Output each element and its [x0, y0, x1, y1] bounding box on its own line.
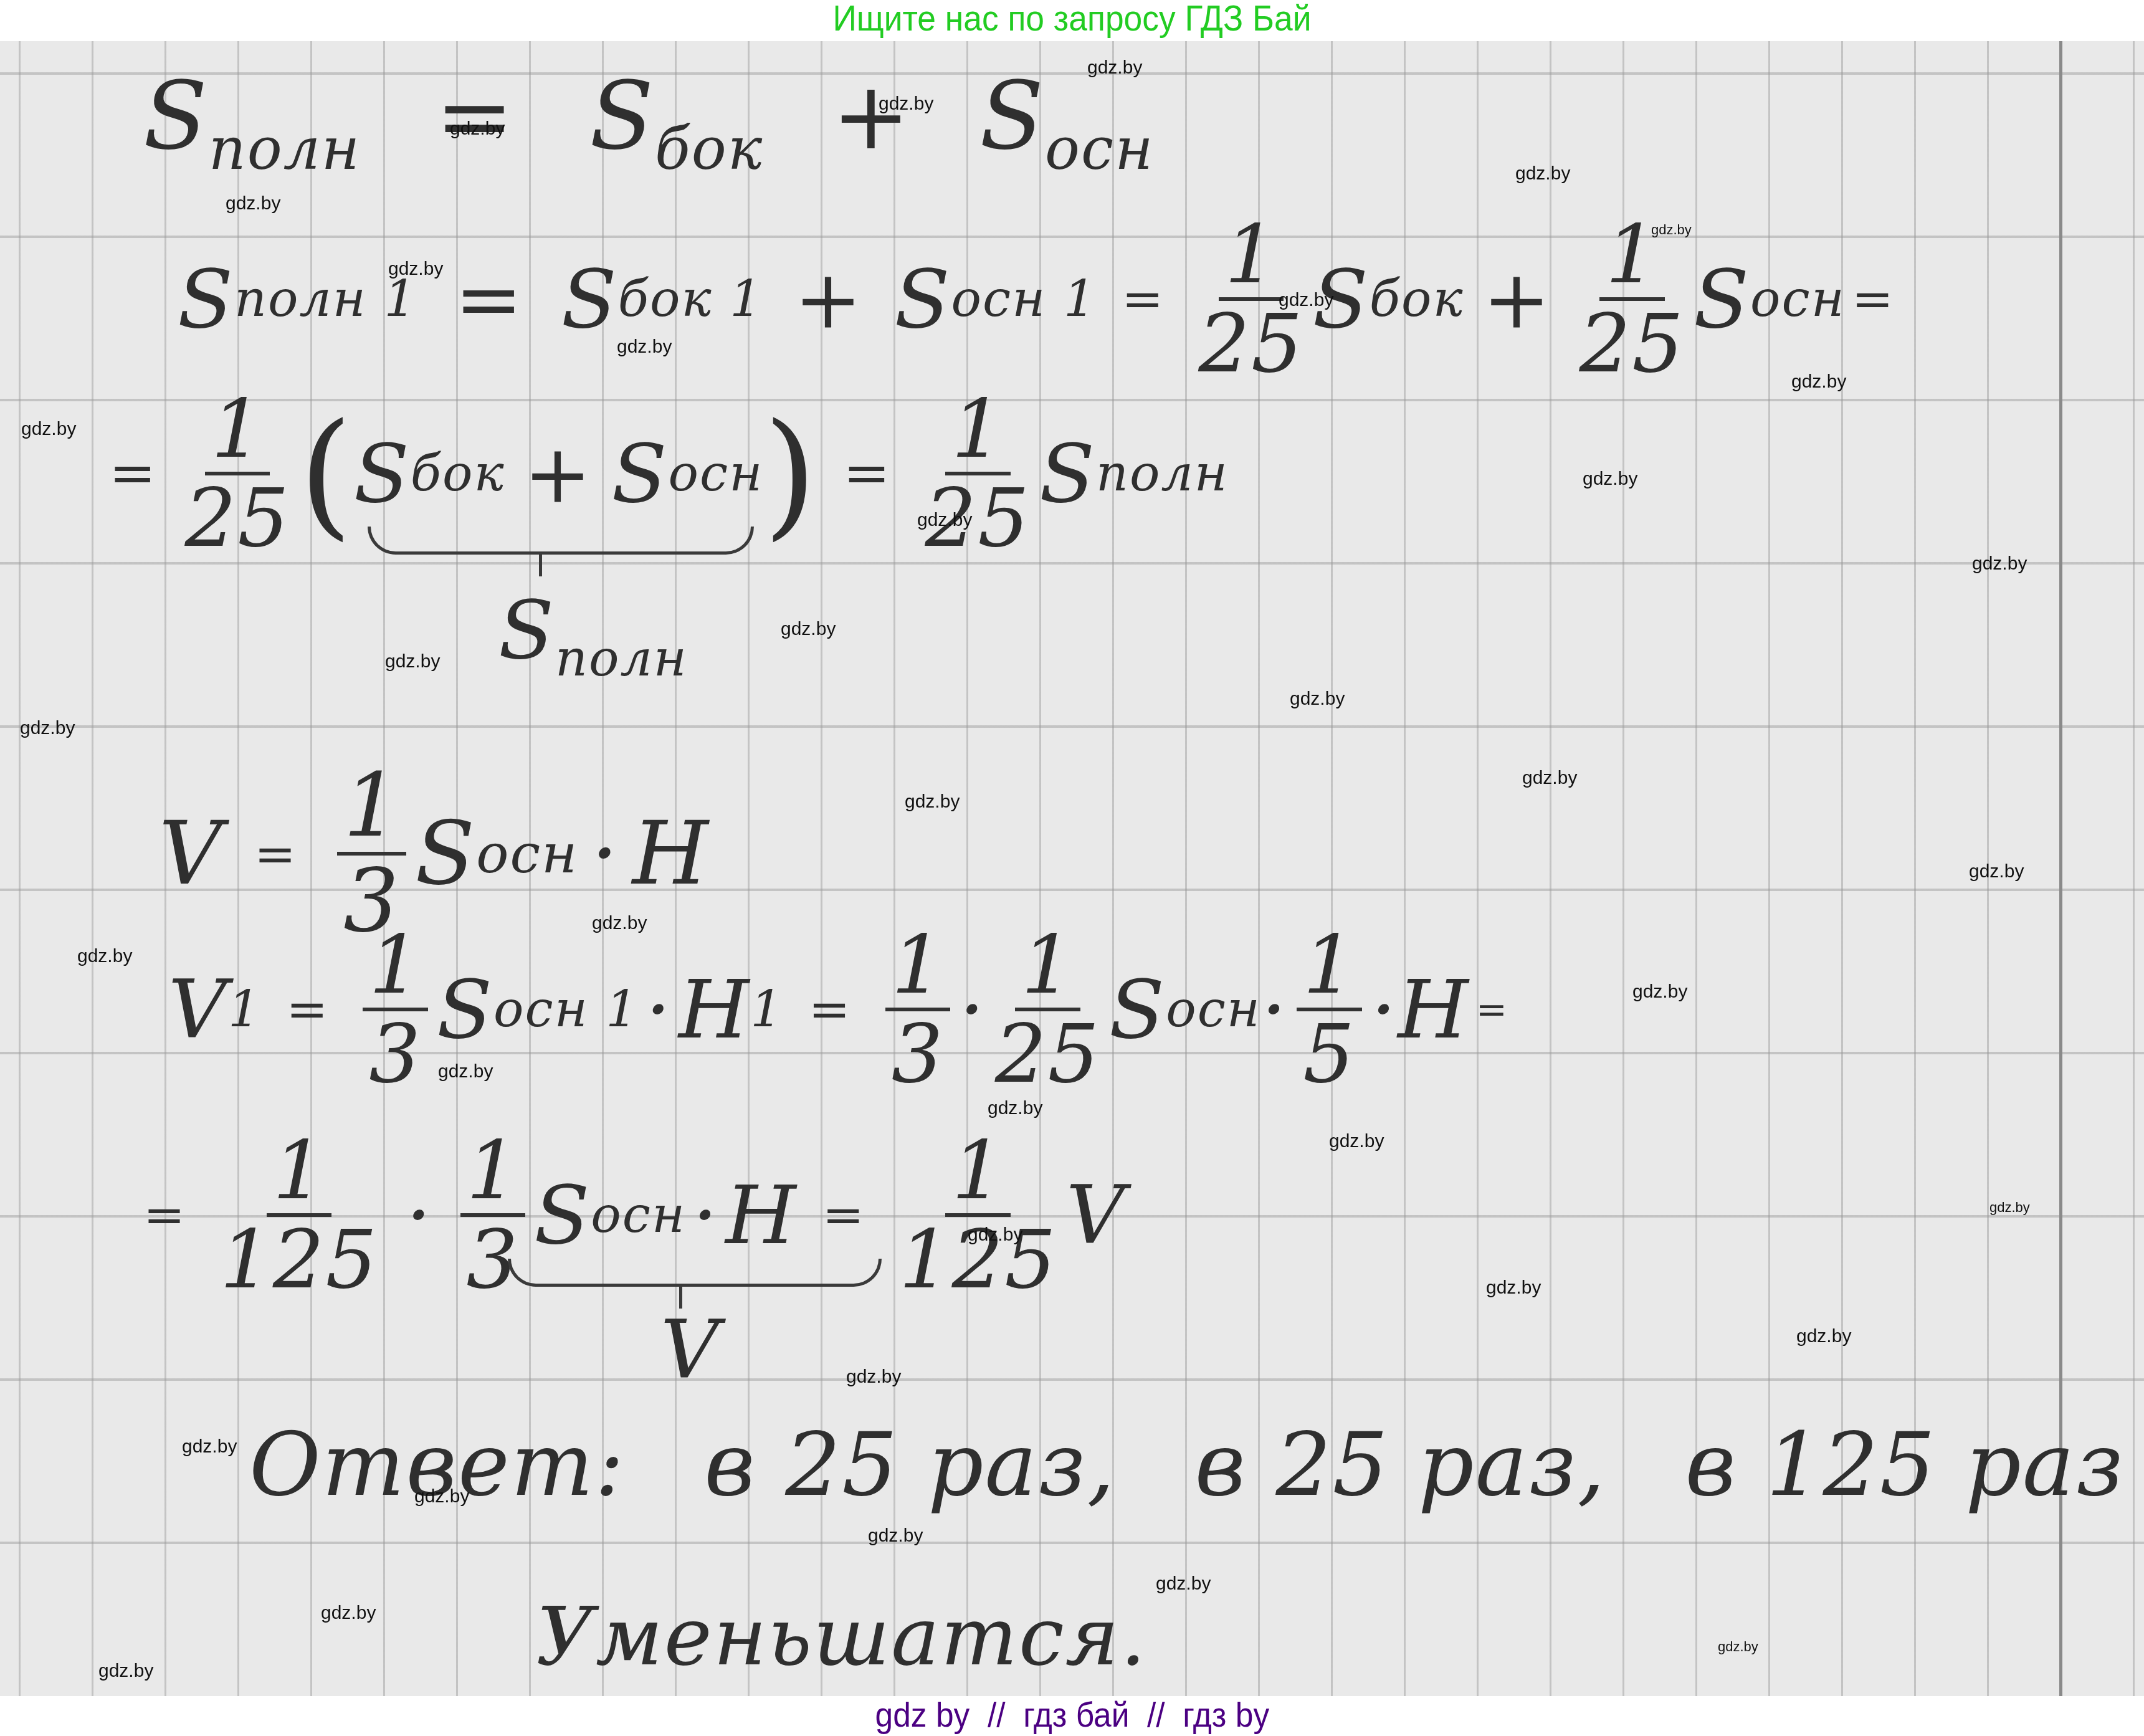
- multiply-dot: ·: [959, 962, 986, 1057]
- symbol-s: S: [415, 803, 476, 905]
- symbol-s: S: [612, 426, 669, 521]
- underbrace-label: Sполн: [498, 583, 688, 688]
- symbol-v: V: [168, 962, 228, 1057]
- formula-line-1: Sполн = Sбок + Sосн: [143, 62, 1154, 183]
- symbol-s: S: [437, 962, 493, 1057]
- subscript: осн 1: [493, 980, 639, 1039]
- fraction: 1125: [899, 1128, 1057, 1302]
- conclusion-word: Уменьшатся.: [536, 1589, 1147, 1684]
- watermark-text: gdz.by: [968, 1224, 1022, 1246]
- fraction: 125: [184, 386, 290, 560]
- numerator: 1: [1015, 922, 1080, 1011]
- watermark-text: gdz.by: [1329, 1131, 1384, 1152]
- watermark-text: gdz.by: [321, 1603, 376, 1624]
- footer-banner: gdz by // гдз бай // гдз by: [0, 1696, 2144, 1736]
- conclusion-text: Уменьшатся.: [536, 1589, 1147, 1684]
- watermark-text: gdz.by: [226, 193, 280, 214]
- numerator: 1: [267, 1128, 332, 1217]
- watermark-text: gdz.by: [781, 619, 836, 640]
- answer-part-2: в 25 раз,: [1194, 1414, 1606, 1516]
- answer-line: Ответ: в 25 раз, в 25 раз, в 125 раз: [249, 1414, 2125, 1516]
- denominator: 25: [1579, 301, 1684, 386]
- watermark-text: gdz.by: [21, 419, 76, 440]
- symbol-s: S: [1109, 962, 1166, 1057]
- numerator: 1: [945, 386, 1011, 475]
- symbol-s: S: [1039, 426, 1096, 521]
- multiply-dot: ·: [591, 803, 620, 905]
- equals-sign: =: [1476, 988, 1508, 1031]
- watermark-text: gdz.by: [917, 510, 972, 531]
- equals-sign: =: [1122, 270, 1165, 328]
- symbol-s: S: [534, 1168, 591, 1262]
- multiply-dot: ·: [1371, 962, 1398, 1057]
- multiply-dot: ·: [692, 1168, 719, 1262]
- subscript: осн: [1045, 115, 1154, 183]
- numerator: 1: [205, 386, 270, 475]
- fraction: 15: [1297, 922, 1362, 1096]
- plus-sign: +: [1483, 252, 1552, 346]
- watermark-text: gdz.by: [1087, 57, 1142, 79]
- footer-text: gdz by // гдз бай // гдз by: [875, 1696, 1269, 1734]
- watermark-text: gdz.by: [868, 1525, 923, 1547]
- watermark-text: gdz.by: [1651, 222, 1692, 238]
- subscript: бок 1: [618, 270, 763, 328]
- fraction: 125: [995, 922, 1100, 1096]
- subscript: осн 1: [951, 270, 1097, 328]
- header-text: Ищите нас по запросу ГДЗ Бай: [832, 0, 1311, 37]
- watermark-text: gdz.by: [1989, 1199, 2030, 1216]
- watermark-text: gdz.by: [846, 1366, 901, 1388]
- denominator: 3: [892, 1011, 945, 1097]
- watermark-text: gdz.by: [905, 791, 960, 813]
- symbol-s: S: [561, 252, 618, 346]
- underbrace: [508, 1259, 882, 1287]
- equals-sign: =: [1852, 270, 1895, 328]
- watermark-text: gdz.by: [182, 1436, 237, 1457]
- answer-part-1: в 25 раз,: [704, 1414, 1116, 1516]
- subscript: осн: [669, 444, 764, 503]
- watermark-text: gdz.by: [1515, 163, 1570, 184]
- symbol-h: H: [632, 803, 710, 905]
- symbol-s: S: [979, 62, 1045, 171]
- subscript: полн: [209, 115, 361, 183]
- subscript: полн: [1096, 444, 1229, 503]
- symbol-s: S: [589, 62, 655, 171]
- watermark-text: gdz.by: [617, 336, 672, 358]
- equals-sign: =: [286, 980, 329, 1038]
- numerator: 1: [1219, 212, 1284, 301]
- watermark-text: gdz.by: [1972, 553, 2027, 575]
- symbol-s: S: [894, 252, 951, 346]
- close-paren: ): [763, 394, 818, 553]
- equals-sign: =: [843, 441, 891, 506]
- symbol-s: S: [143, 62, 209, 171]
- equals-sign: =: [455, 252, 524, 346]
- header-banner: Ищите нас по запросу ГДЗ Бай: [0, 0, 2144, 41]
- watermark-text: gdz.by: [438, 1061, 493, 1082]
- watermark-text: gdz.by: [1486, 1277, 1541, 1299]
- watermark-text: gdz.by: [1522, 768, 1577, 789]
- formula-line-5: V1 = 13 Sосн 1 · H1 = 13 · 125 Sосн · 15…: [168, 922, 1508, 1096]
- equals-sign: =: [109, 441, 157, 506]
- symbol-v: V: [660, 1302, 720, 1397]
- watermark-text: gdz.by: [1796, 1326, 1851, 1347]
- watermark-text: gdz.by: [385, 651, 440, 672]
- watermark-text: gdz.by: [1791, 371, 1846, 393]
- subscript: бок: [655, 115, 763, 183]
- numerator: 1: [363, 922, 428, 1011]
- watermark-text: gdz.by: [1969, 861, 2024, 882]
- denominator: 25: [1198, 301, 1303, 386]
- denominator: 25: [995, 1011, 1100, 1097]
- fraction: 125: [925, 386, 1031, 560]
- numerator: 1: [945, 1128, 1011, 1217]
- equals-sign: =: [809, 980, 852, 1038]
- denominator: 125: [220, 1217, 378, 1302]
- watermark-text: gdz.by: [1279, 290, 1333, 311]
- watermark-text: gdz.by: [988, 1098, 1042, 1119]
- watermark-text: gdz.by: [388, 259, 443, 280]
- symbol-s: S: [178, 252, 234, 346]
- watermark-text: gdz.by: [1718, 1639, 1758, 1655]
- plus-sign: +: [794, 252, 864, 346]
- watermark-text: gdz.by: [98, 1661, 153, 1682]
- formula-line-2: Sполн 1 = Sбок 1 + Sосн 1 = 125 Sбок + 1…: [178, 212, 1895, 386]
- symbol-s: S: [1694, 252, 1750, 346]
- answer-part-3: в 125 раз: [1685, 1414, 2125, 1516]
- watermark-text: gdz.by: [1156, 1573, 1211, 1595]
- subscript: полн: [555, 629, 688, 688]
- symbol-h: H: [1398, 962, 1469, 1057]
- subscript: осн: [1166, 980, 1261, 1039]
- symbol-h: H: [679, 962, 750, 1057]
- fraction: 13: [885, 922, 951, 1096]
- equals-sign: =: [143, 1186, 186, 1244]
- denominator: 5: [1303, 1011, 1356, 1097]
- numerator: 1: [337, 760, 406, 856]
- fraction: 1125: [220, 1128, 378, 1302]
- watermark-text: gdz.by: [1583, 469, 1637, 490]
- numerator: 1: [460, 1128, 526, 1217]
- denominator: 25: [184, 475, 290, 561]
- plus-sign: +: [524, 426, 593, 521]
- multiply-dot: ·: [646, 962, 672, 1057]
- watermark-text: gdz.by: [1632, 981, 1687, 1003]
- fraction: 13: [363, 922, 428, 1096]
- plus-sign: +: [832, 62, 912, 171]
- numerator: 1: [1297, 922, 1362, 1011]
- multiply-dot: ·: [1261, 962, 1288, 1057]
- symbol-v: V: [159, 803, 223, 905]
- subscript: 1: [750, 980, 783, 1039]
- watermark-text: gdz.by: [77, 946, 132, 967]
- symbol-h: H: [725, 1168, 797, 1262]
- symbol-s: S: [498, 583, 555, 677]
- watermark-text: gdz.by: [879, 93, 933, 115]
- multiply-dot: ·: [406, 1168, 432, 1262]
- watermark-text: gdz.by: [450, 118, 505, 140]
- symbol-s: S: [354, 426, 411, 521]
- subscript: 1: [228, 980, 261, 1039]
- underbrace-tip: [539, 551, 542, 576]
- underbrace-label: V: [660, 1302, 720, 1397]
- watermark-text: gdz.by: [20, 718, 75, 739]
- watermark-text: gdz.by: [592, 913, 647, 934]
- subscript: осн: [591, 1186, 686, 1244]
- equals-sign: =: [822, 1186, 865, 1244]
- numerator: 1: [885, 922, 951, 1011]
- denominator: 3: [369, 1011, 422, 1097]
- subscript: осн: [476, 823, 578, 885]
- open-paren: (: [299, 394, 354, 553]
- underbrace: [368, 527, 754, 555]
- subscript: осн: [1750, 270, 1846, 328]
- watermark-text: gdz.by: [1290, 689, 1345, 710]
- subscript: бок: [1370, 270, 1464, 328]
- equals-sign: =: [254, 825, 297, 883]
- symbol-v: V: [1066, 1168, 1126, 1262]
- subscript: бок: [411, 444, 505, 503]
- equals-sign: =: [436, 62, 515, 171]
- watermark-text: gdz.by: [414, 1486, 469, 1507]
